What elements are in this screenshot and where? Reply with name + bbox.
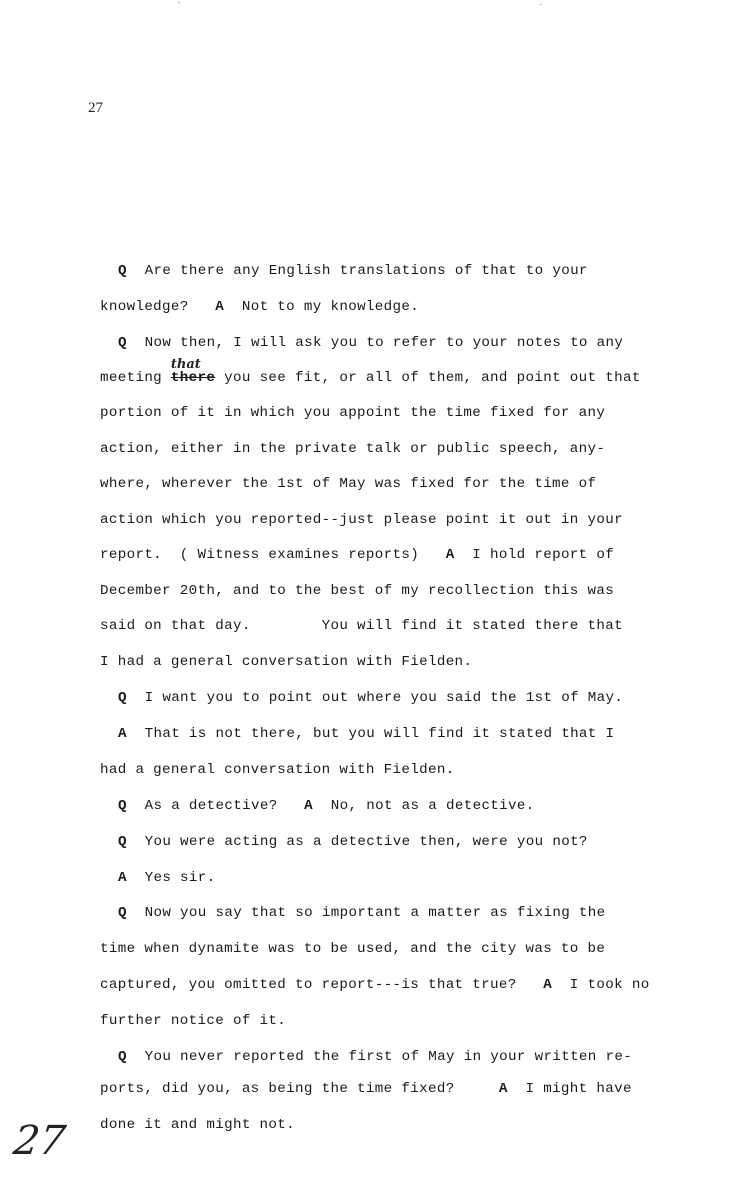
speaker-marker: Q (118, 335, 127, 351)
speaker-marker: A (499, 1081, 508, 1097)
speaker-marker: A (118, 726, 127, 742)
transcript-line: had a general conversation with Fielden. (100, 761, 455, 779)
transcript-line: Q As a detective? A No, not as a detecti… (118, 797, 535, 815)
handwritten-correction: that (171, 356, 201, 374)
transcript-line: portion of it in which you appoint the t… (100, 404, 605, 422)
transcript-line: ports, did you, as being the time fixed?… (100, 1080, 632, 1098)
transcript-line: A Yes sir. (118, 869, 216, 887)
transcript-line: Q Now you say that so important a matter… (118, 904, 606, 922)
handwritten-page-number: 27 (11, 1118, 68, 1164)
transcript-line: meeting therethat you see fit, or all of… (100, 369, 641, 387)
transcript-line: action, either in the private talk or pu… (100, 440, 605, 458)
transcript-line: time when dynamite was to be used, and t… (100, 940, 605, 958)
transcript-line: further notice of it. (100, 1012, 286, 1030)
transcript-line: where, wherever the 1st of May was fixed… (100, 475, 596, 493)
transcript-line: December 20th, and to the best of my rec… (100, 582, 614, 600)
speaker-marker: Q (118, 690, 127, 706)
transcript-line: said on that day. You will find it state… (100, 617, 623, 635)
transcript-line: I had a general conversation with Fielde… (100, 653, 472, 671)
transcript-line: Q I want you to point out where you said… (118, 689, 623, 707)
transcript-line: knowledge? A Not to my knowledge. (100, 298, 419, 316)
speaker-marker: A (304, 798, 313, 814)
speaker-marker: Q (118, 834, 127, 850)
speaker-marker: A (118, 870, 127, 886)
transcript-line: Q Are there any English translations of … (118, 262, 588, 280)
transcript-line: Q You were acting as a detective then, w… (118, 833, 588, 851)
speaker-marker: Q (118, 1049, 127, 1065)
speaker-marker: Q (118, 798, 127, 814)
scan-speck: ˘ (176, 2, 182, 13)
speaker-marker: Q (118, 905, 127, 921)
transcript-line: action which you reported--just please p… (100, 511, 623, 529)
transcript-line: Q Now then, I will ask you to refer to y… (118, 334, 623, 352)
transcript-line: Q You never reported the first of May in… (118, 1048, 632, 1066)
speaker-marker: A (446, 547, 455, 563)
speaker-marker: A (543, 977, 552, 993)
transcript-line: captured, you omitted to report---is tha… (100, 976, 650, 994)
scan-speck: ˘ (538, 4, 544, 15)
speaker-marker: A (215, 299, 224, 315)
page-number: 27 (88, 100, 103, 117)
transcript-line: report. ( Witness examines reports) A I … (100, 546, 614, 564)
transcript-line: done it and might not. (100, 1116, 295, 1134)
struck-word: therethat (171, 370, 215, 386)
speaker-marker: Q (118, 263, 127, 279)
transcript-line: A That is not there, but you will find i… (118, 725, 614, 743)
